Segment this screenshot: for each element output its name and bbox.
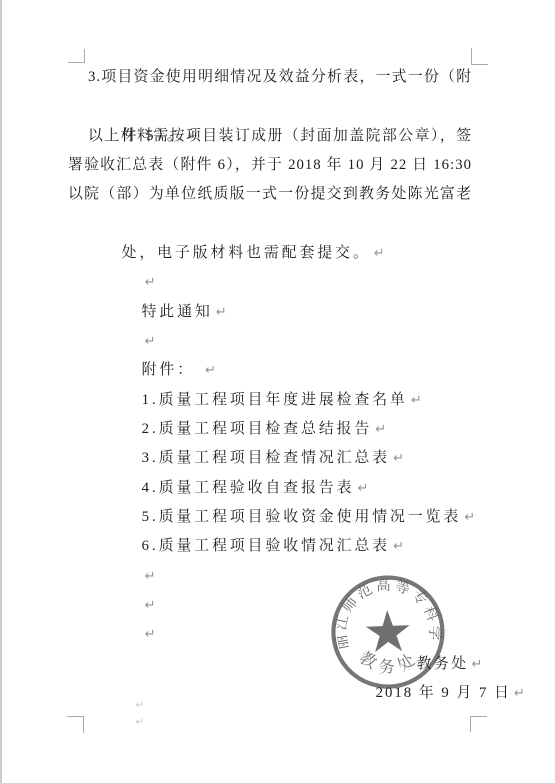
- document-line: ↵: [68, 562, 472, 591]
- document-line: ↵: [68, 239, 472, 268]
- document-body: 3.项目资金使用明细情况及效益分析表，一式一份（附 件 5）。↵ 以上材料需按项…: [68, 63, 472, 713]
- paragraph-mark-icon: ↵: [514, 686, 525, 701]
- document-line: ↵: [68, 532, 472, 561]
- document-line: 以上材料需按项目装订成册（封面加盖院部公章），签: [68, 122, 472, 151]
- document-page: 丽江师范高等专科学校 教务处 3.项目资金使用明细情况及效益分析表，一式一份（附…: [0, 0, 555, 783]
- document-line: 件 5）。↵: [68, 92, 472, 121]
- document-line: 4.质量工程验收自查报告表↵: [68, 444, 472, 473]
- document-line: 署验收汇总表（附件 6），并于 2018 年 10 月 22 日 16:30 前: [68, 151, 472, 180]
- document-line: ↵: [68, 298, 472, 327]
- line-text: 3.项目资金使用明细情况及效益分析表，一式一份（附: [88, 69, 472, 85]
- document-line: 1.质量工程项目年度进展检查名单↵: [68, 356, 472, 385]
- document-line: 3.质量工程项目检查情况汇总表↵: [68, 415, 472, 444]
- document-line: 教务处↵: [68, 620, 472, 649]
- line-text: 以院（部）为单位纸质版一式一份提交到教务处陈光富老师: [68, 186, 472, 209]
- document-line: ↵: [68, 591, 472, 620]
- paragraph-mark-icon: ↵: [136, 717, 144, 728]
- document-line: 3.项目资金使用明细情况及效益分析表，一式一份（附: [68, 63, 472, 92]
- document-line: ↵: [68, 696, 472, 713]
- crop-mark-top-left: [68, 49, 85, 63]
- paragraph-mark-icon: ↵: [472, 657, 483, 672]
- line-text: 署验收汇总表（附件 6），并于 2018 年 10 月 22 日 16:30 前: [68, 157, 472, 180]
- document-line: 2.质量工程项目检查总结报告↵: [68, 386, 472, 415]
- document-line: 5.质量工程项目验收资金使用情况一览表↵: [68, 474, 472, 503]
- document-line: 2018 年 9 月 7 日↵: [68, 650, 472, 679]
- crop-mark-top-right: [471, 48, 488, 65]
- document-line: 附件：↵: [68, 327, 472, 356]
- document-line: 处，电子版材料也需配套提交。↵: [68, 210, 472, 239]
- document-line: 6.质量工程项目验收情况汇总表↵: [68, 503, 472, 532]
- document-line: 以院（部）为单位纸质版一式一份提交到教务处陈光富老师: [68, 180, 472, 209]
- document-line: 特此通知↵: [68, 268, 472, 297]
- document-line: ↵: [68, 679, 472, 696]
- page-edge-line: [0, 0, 2, 783]
- crop-mark-bottom-right: [470, 716, 487, 732]
- line-text: 以上材料需按项目装订成册（封面加盖院部公章），签: [88, 128, 472, 144]
